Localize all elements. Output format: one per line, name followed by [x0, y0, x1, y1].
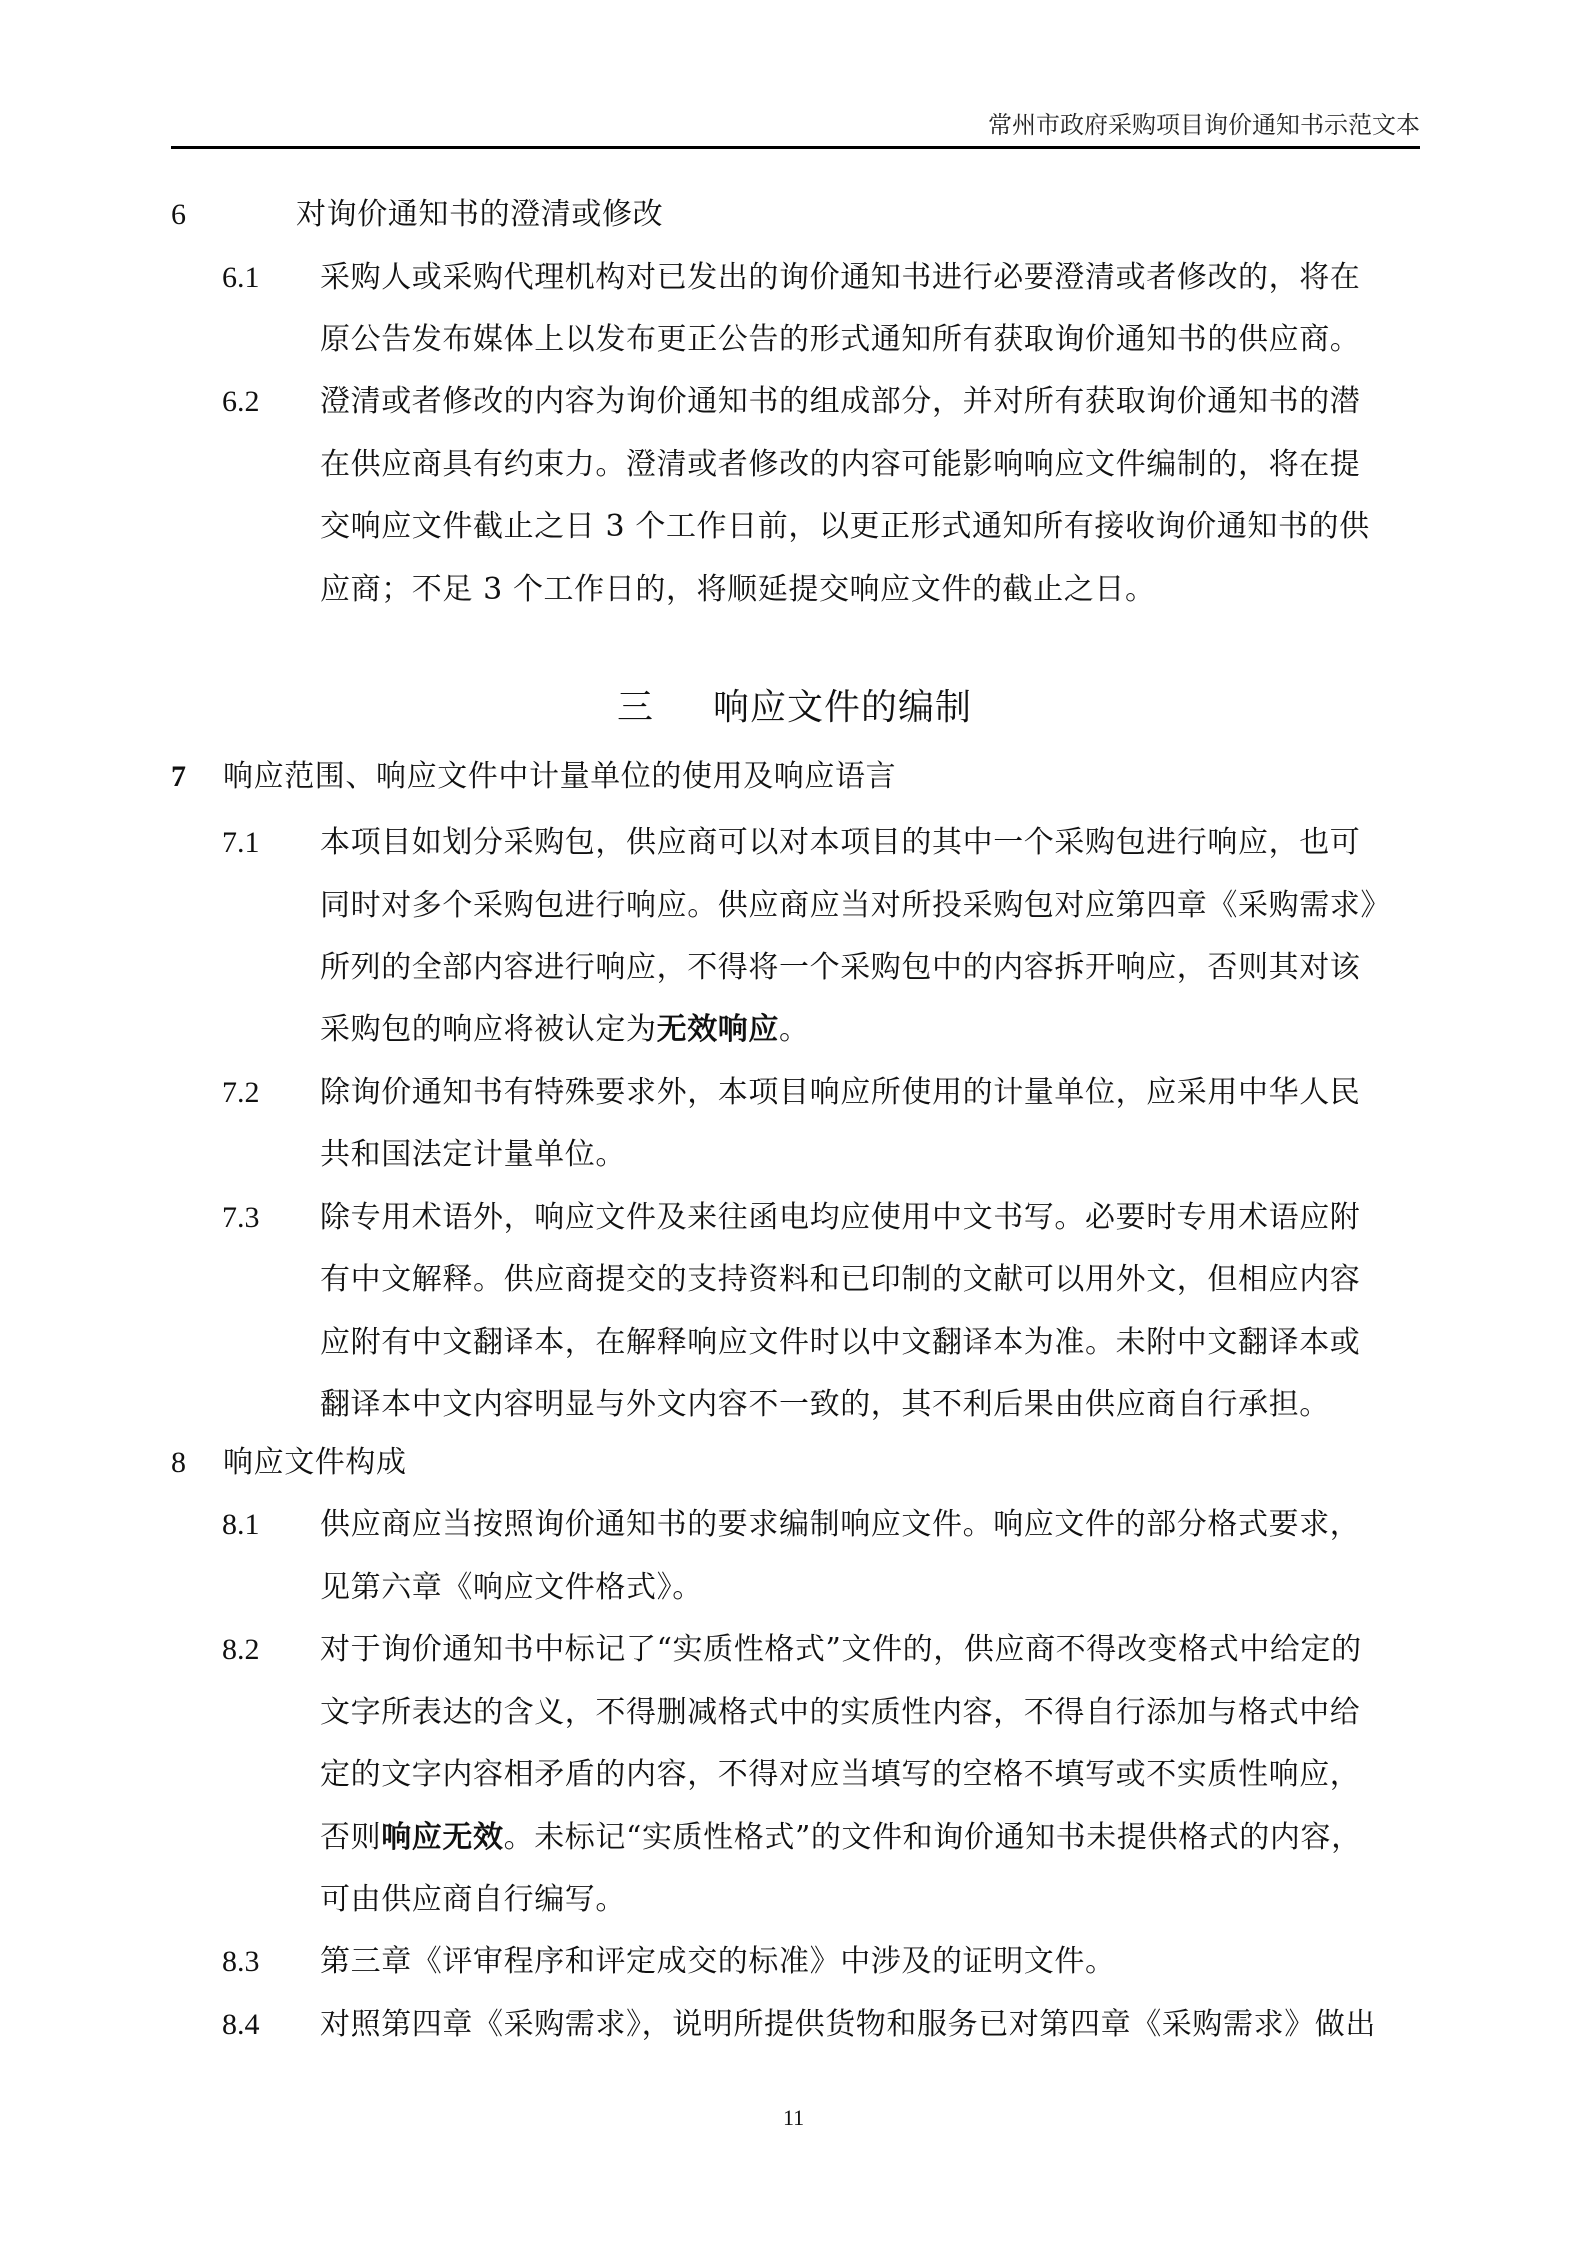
- header-divider: [171, 146, 1420, 149]
- section-8-heading: 响应文件构成: [223, 1443, 407, 1483]
- section-6-number: 6: [171, 195, 186, 235]
- emphasis-invalid-response: 无效响应: [657, 1012, 779, 1047]
- clause-7-1-line-2: 同时对多个采购包进行响应。供应商应当对所投采购包对应第四章《采购需求》: [320, 886, 1391, 926]
- clause-8-3-number: 8.3: [222, 1942, 260, 1982]
- clause-7-3-line-4: 翻译本中文内容明显与外文内容不一致的，其不利后果由供应商自行承担。: [320, 1385, 1330, 1425]
- clause-7-3-number: 7.3: [222, 1198, 260, 1238]
- clause-7-3-line-1: 除专用术语外，响应文件及来往函电均应使用中文书写。必要时专用术语应附: [320, 1198, 1360, 1238]
- page-number: 11: [783, 2104, 804, 2132]
- clause-8-2-number: 8.2: [222, 1630, 260, 1670]
- clause-8-4-number: 8.4: [222, 2005, 260, 2045]
- running-header-title: 常州市政府采购项目询价通知书示范文本: [988, 110, 1420, 140]
- clause-8-1-line-2: 见第六章《响应文件格式》。: [320, 1568, 703, 1608]
- document-page: 常州市政府采购项目询价通知书示范文本 6 对询价通知书的澄清或修改 6.1 采购…: [0, 0, 1587, 2245]
- clause-6-2-line-3: 交响应文件截止之日 3 个工作日前，以更正形式通知所有接收询价通知书的供: [320, 507, 1370, 547]
- clause-8-1-number: 8.1: [222, 1505, 260, 1545]
- clause-8-2-line-2: 文字所表达的含义，不得删减格式中的实质性内容，不得自行添加与格式中给: [320, 1693, 1360, 1733]
- clause-7-1-line-1: 本项目如划分采购包，供应商可以对本项目的其中一个采购包进行响应，也可: [320, 823, 1360, 863]
- clause-8-2-line-4: 否则响应无效。未标记“实质性格式”的文件和询价通知书未提供格式的内容，: [320, 1818, 1362, 1858]
- clause-8-2-line-4-text: 。未标记“实质性格式”的文件和询价通知书未提供格式的内容，: [504, 1820, 1362, 1855]
- clause-8-2-line-1: 对于询价通知书中标记了“实质性格式”文件的，供应商不得改变格式中给定的: [320, 1630, 1362, 1670]
- clause-7-3-line-3: 应附有中文翻译本，在解释响应文件时以中文翻译本为准。未附中文翻译本或: [320, 1323, 1360, 1363]
- clause-6-2-number: 6.2: [222, 382, 260, 422]
- clause-6-1-number: 6.1: [222, 258, 260, 298]
- section-7-number: 7: [171, 757, 186, 797]
- clause-6-2-line-2: 在供应商具有约束力。澄清或者修改的内容可能影响响应文件编制的，将在提: [320, 445, 1360, 485]
- clause-7-2-line-2: 共和国法定计量单位。: [320, 1135, 626, 1175]
- clause-7-1-line-3: 所列的全部内容进行响应，不得将一个采购包中的内容拆开响应，否则其对该: [320, 948, 1360, 988]
- chapter-ordinal: 三: [617, 686, 653, 730]
- chapter-title-text: 响应文件的编制: [713, 686, 972, 730]
- clause-6-1-line-1: 采购人或采购代理机构对已发出的询价通知书进行必要澄清或者修改的，将在: [320, 258, 1360, 298]
- clause-7-3-line-2: 有中文解释。供应商提交的支持资料和已印制的文献可以用外文，但相应内容: [320, 1260, 1360, 1300]
- clause-8-2-line-4-start: 否则: [320, 1820, 381, 1855]
- emphasis-response-invalid: 响应无效: [381, 1820, 503, 1855]
- clause-6-2-line-4: 应商；不足 3 个工作日的，将顺延提交响应文件的截止之日。: [320, 570, 1156, 610]
- section-6-heading: 对询价通知书的澄清或修改: [296, 195, 663, 235]
- clause-7-2-line-1: 除询价通知书有特殊要求外，本项目响应所使用的计量单位，应采用中华人民: [320, 1073, 1360, 1113]
- clause-7-1-line-4: 采购包的响应将被认定为无效响应。: [320, 1010, 810, 1050]
- clause-8-2-line-5: 可由供应商自行编写。: [320, 1880, 626, 1920]
- clause-8-1-line-1: 供应商应当按照询价通知书的要求编制响应文件。响应文件的部分格式要求，: [320, 1505, 1360, 1545]
- clause-8-3-line-1: 第三章《评审程序和评定成交的标准》中涉及的证明文件。: [320, 1942, 1116, 1982]
- clause-6-1-line-2: 原公告发布媒体上以发布更正公告的形式通知所有获取询价通知书的供应商。: [320, 320, 1360, 360]
- clause-8-4-line-1: 对照第四章《采购需求》，说明所提供货物和服务已对第四章《采购需求》做出: [320, 2005, 1376, 2045]
- clause-7-1-line-4-text: 采购包的响应将被认定为: [320, 1012, 657, 1047]
- section-7-heading: 响应范围、响应文件中计量单位的使用及响应语言: [223, 757, 896, 797]
- section-8-number: 8: [171, 1443, 186, 1483]
- clause-7-1-line-4-end: 。: [779, 1012, 810, 1047]
- clause-8-2-line-3: 定的文字内容相矛盾的内容，不得对应当填写的空格不填写或不实质性响应，: [320, 1755, 1360, 1795]
- clause-7-2-number: 7.2: [222, 1073, 260, 1113]
- clause-6-2-line-1: 澄清或者修改的内容为询价通知书的组成部分，并对所有获取询价通知书的潜: [320, 382, 1360, 422]
- clause-7-1-number: 7.1: [222, 823, 260, 863]
